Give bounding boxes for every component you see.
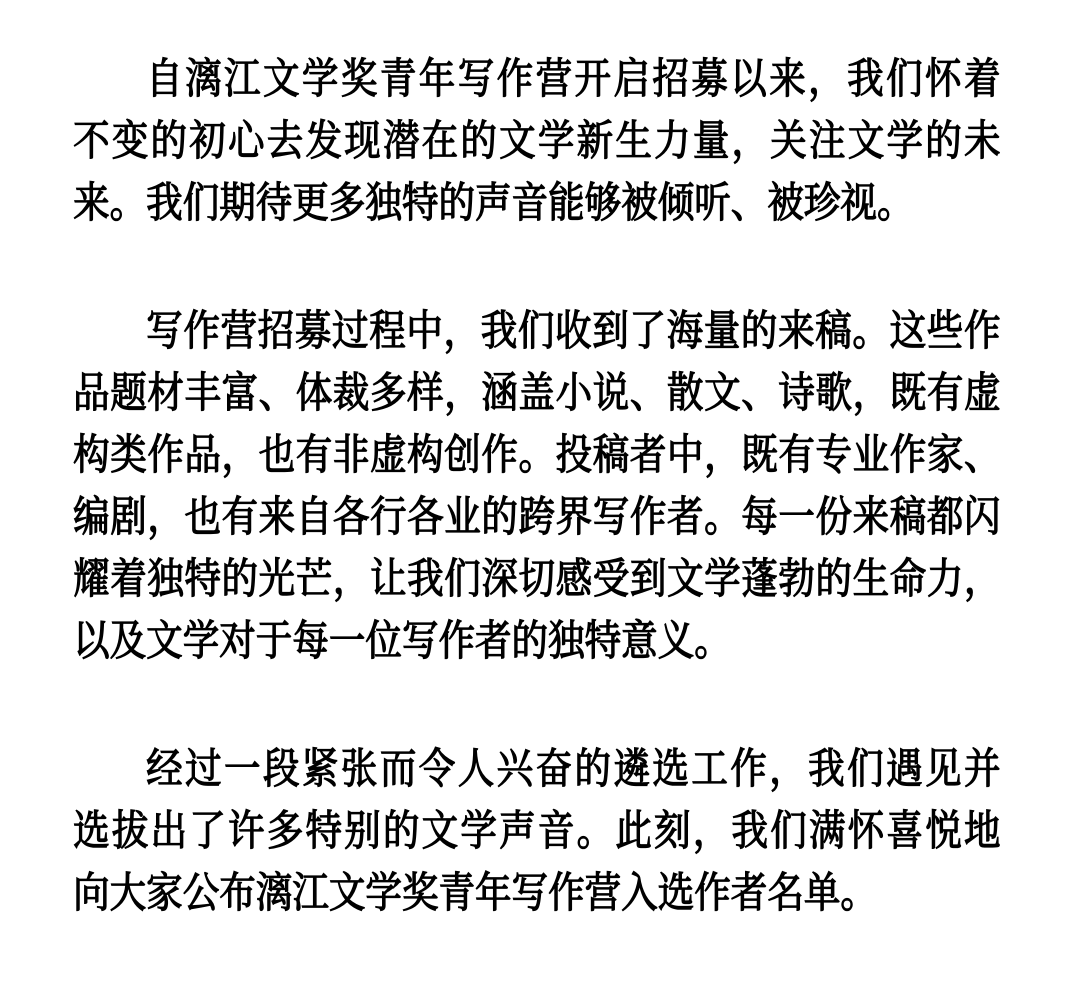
- text-line: 来。我们期待更多独特的声音能够被倾听、被珍视。: [73, 172, 1000, 234]
- paragraph-submissions: 写作营招募过程中，我们收到了海量的来稿。这些作 品题材丰富、体裁多样，涵盖小说、…: [73, 300, 1000, 672]
- text-line: 不变的初心去发现潜在的文学新生力量，关注文学的未: [73, 110, 1000, 172]
- article-body: 自漓江文学奖青年写作营开启招募以来，我们怀着 不变的初心去发现潜在的文学新生力量…: [0, 0, 1001, 924]
- text-line: 向大家公布漓江文学奖青年写作营入选作者名单。: [73, 862, 1000, 924]
- text-line: 选拔出了许多特别的文学声音。此刻，我们满怀喜悦地: [73, 800, 1000, 862]
- paragraph-intro: 自漓江文学奖青年写作营开启招募以来，我们怀着 不变的初心去发现潜在的文学新生力量…: [73, 48, 1000, 234]
- text-line: 品题材丰富、体裁多样，涵盖小说、散文、诗歌，既有虚: [73, 362, 1000, 424]
- text-line: 以及文学对于每一位写作者的独特意义。: [73, 610, 1000, 672]
- text-line: 自漓江文学奖青年写作营开启招募以来，我们怀着: [73, 48, 1000, 110]
- text-line: 耀着独特的光芒，让我们深切感受到文学蓬勃的生命力，: [73, 548, 1000, 610]
- text-line: 经过一段紧张而令人兴奋的遴选工作，我们遇见并: [73, 738, 1000, 800]
- paragraph-announcement: 经过一段紧张而令人兴奋的遴选工作，我们遇见并 选拔出了许多特别的文学声音。此刻，…: [73, 738, 1000, 924]
- text-line: 写作营招募过程中，我们收到了海量的来稿。这些作: [73, 300, 1000, 362]
- text-line: 构类作品，也有非虚构创作。投稿者中，既有专业作家、: [73, 424, 1000, 486]
- text-line: 编剧，也有来自各行各业的跨界写作者。每一份来稿都闪: [73, 486, 1000, 548]
